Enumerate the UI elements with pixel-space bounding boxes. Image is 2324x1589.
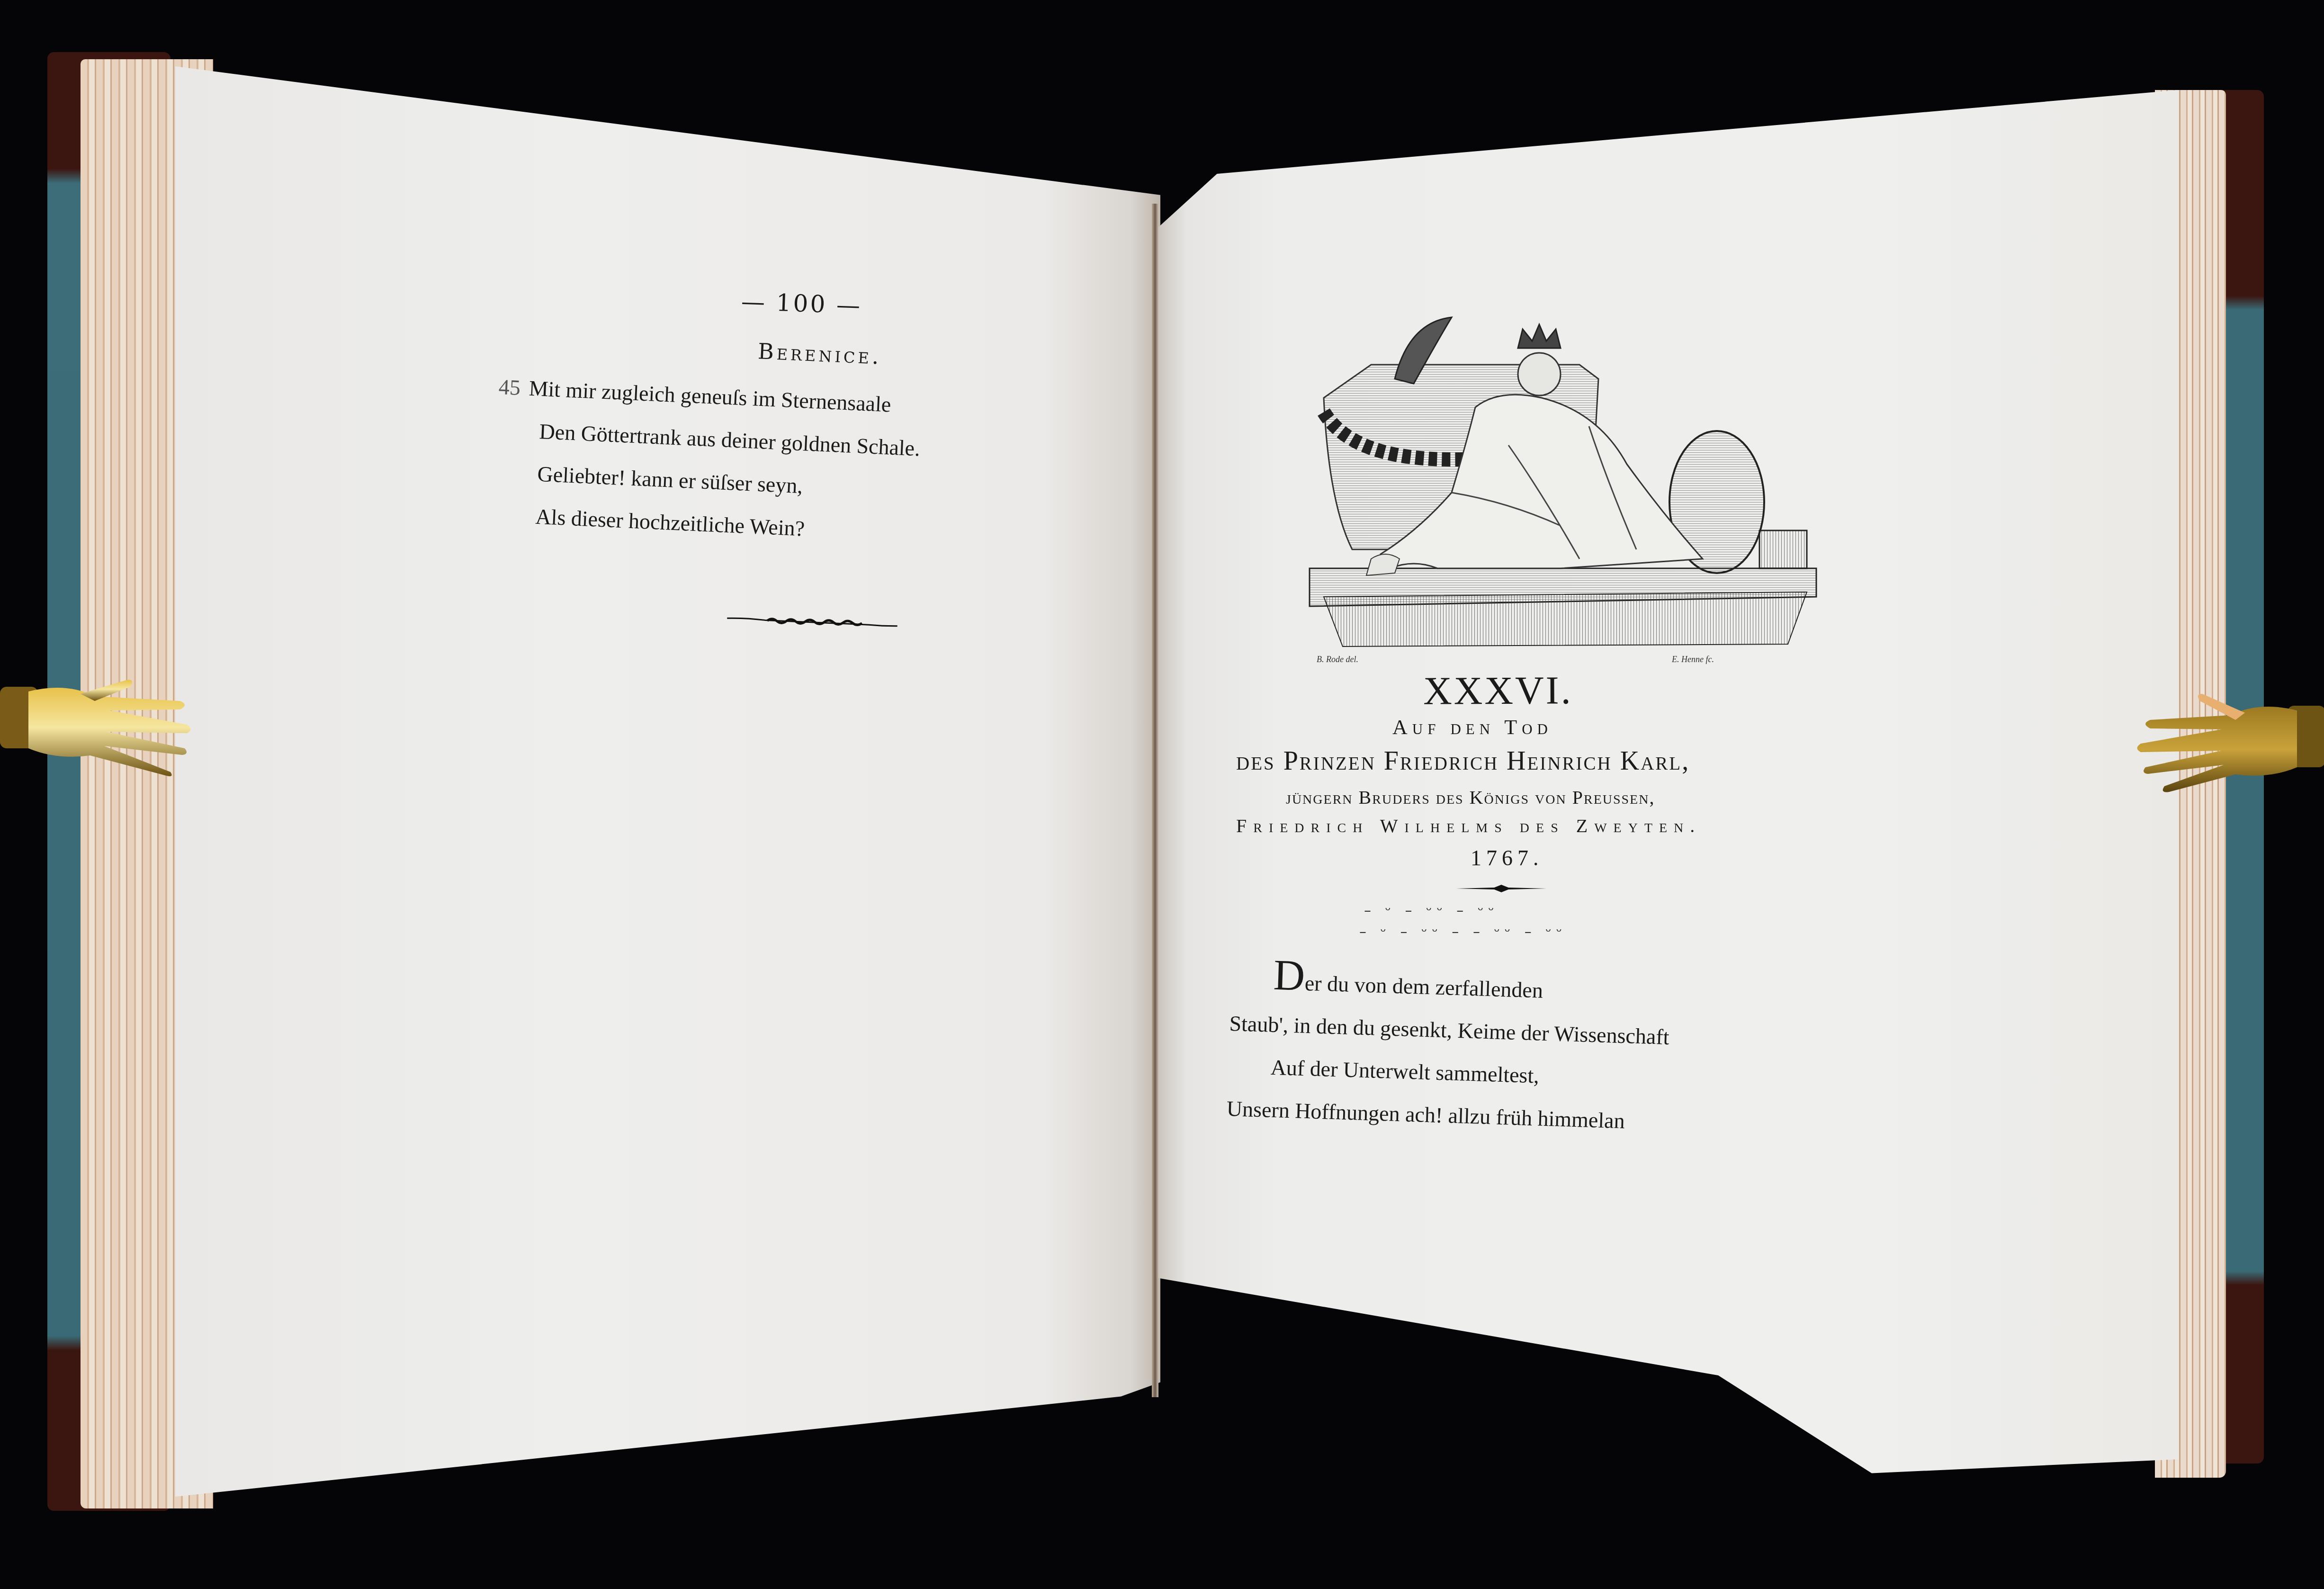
title-line: Friedrich Wilhelms des Zweyten. <box>1236 815 1701 837</box>
drop-cap: D <box>1273 951 1306 1000</box>
brass-hand-page-holder-left-icon <box>0 654 204 777</box>
engraver-signature: E. Henne fc. <box>1672 655 1714 664</box>
poem-number: XXXVI. <box>1423 667 1573 714</box>
artist-signature: B. Rode del. <box>1317 655 1358 664</box>
meter-scheme: – ᵕ – ᵕᵕ – – ᵕᵕ – ᵕᵕ <box>1359 924 1567 940</box>
book-gutter <box>1152 204 1158 1397</box>
year: 1767. <box>1471 845 1543 871</box>
title-line: Auf den Tod <box>1392 715 1552 739</box>
page-number: — 100 — <box>741 288 862 320</box>
diamond-rule-ornament-icon <box>1456 885 1546 892</box>
title-line: jüngern Bruders des Königs von Preussen, <box>1286 786 1655 808</box>
meter-scheme: – ᵕ – ᵕᵕ – ᵕᵕ <box>1364 902 1499 919</box>
engraving-illustration <box>1295 303 1840 663</box>
title-line: des Prinzen Friedrich Heinrich Karl, <box>1236 746 1690 776</box>
line-number: 45 <box>498 375 521 400</box>
left-poem: 45Mit mir zugleich geneuſs im Sternensaa… <box>492 366 923 555</box>
right-poem: Der du von dem zerfallenden Staub', in d… <box>1226 959 1671 1144</box>
left-page <box>175 66 1160 1497</box>
brass-hand-page-holder-right-icon <box>2122 673 2324 796</box>
speaker-heading: Berenice. <box>757 338 882 369</box>
